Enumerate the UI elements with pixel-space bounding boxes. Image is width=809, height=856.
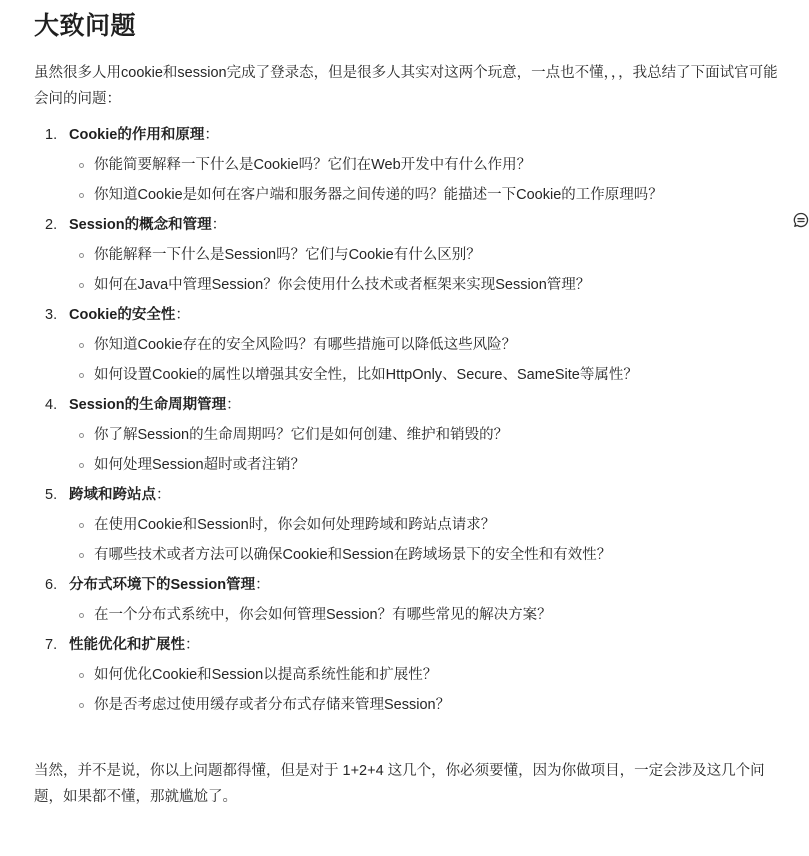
section-title: 分布式环境下的Session管理	[69, 570, 255, 600]
sub-question-list: 你了解Session的生命周期吗？它们是如何创建、维护和销毁的？ 如何处理Ses…	[34, 420, 784, 480]
sub-question-list: 你能解释一下什么是Session吗？它们与Cookie有什么区别？ 如何在Jav…	[34, 240, 784, 300]
question-list: 1. Cookie的作用和原理 ： 你能简要解释一下什么是Cookie吗？它们在…	[34, 120, 784, 720]
section-number: 7.	[34, 630, 69, 660]
section-number: 2.	[34, 210, 69, 240]
list-item: 你知道Cookie是如何在客户端和服务器之间传递的吗？能描述一下Cookie的工…	[34, 180, 784, 210]
section-title: 性能优化和扩展性	[69, 630, 185, 660]
circle-bullet-icon	[79, 463, 84, 468]
list-item-text: 你是否考虑过使用缓存或者分布式存储来管理Session？	[94, 690, 450, 720]
list-item-text: 你知道Cookie存在的安全风险吗？有哪些措施可以降低这些风险？	[94, 330, 516, 360]
list-item-text: 你知道Cookie是如何在客户端和服务器之间传递的吗？能描述一下Cookie的工…	[94, 180, 663, 210]
circle-bullet-icon	[79, 373, 84, 378]
comment-icon[interactable]	[793, 212, 809, 228]
section-number: 1.	[34, 120, 69, 150]
sub-question-list: 在使用Cookie和Session时，你会如何处理跨域和跨站点请求？ 有哪些技术…	[34, 510, 784, 570]
list-item: 在使用Cookie和Session时，你会如何处理跨域和跨站点请求？	[34, 510, 784, 540]
section-heading: 6. 分布式环境下的Session管理 ：	[34, 570, 784, 600]
circle-bullet-icon	[79, 523, 84, 528]
list-item: 有哪些技术或者方法可以确保Cookie和Session在跨域场景下的安全性和有效…	[34, 540, 784, 570]
closing-paragraph: 当然，并不是说，你以上问题都得懂，但是对于 1+2+4 这几个，你必须要懂，因为…	[34, 758, 784, 810]
list-item-text: 有哪些技术或者方法可以确保Cookie和Session在跨域场景下的安全性和有效…	[94, 540, 611, 570]
section-title: Session的生命周期管理	[69, 390, 226, 420]
circle-bullet-icon	[79, 433, 84, 438]
intro-paragraph: 虽然很多人用cookie和session完成了登录态，但是很多人其实对这两个玩意…	[34, 60, 782, 112]
section-heading: 4. Session的生命周期管理 ：	[34, 390, 784, 420]
section-number: 3.	[34, 300, 69, 330]
section-colon: ：	[175, 300, 190, 330]
list-item: 如何优化Cookie和Session以提高系统性能和扩展性？	[34, 660, 784, 690]
list-item: 你能简要解释一下什么是Cookie吗？它们在Web开发中有什么作用？	[34, 150, 784, 180]
list-item-text: 如何处理Session超时或者注销？	[94, 450, 305, 480]
section-title: Cookie的安全性	[69, 300, 175, 330]
circle-bullet-icon	[79, 673, 84, 678]
comment-icon-glyph	[793, 212, 809, 228]
section-heading: 2. Session的概念和管理 ：	[34, 210, 784, 240]
list-item: 如何在Java中管理Session？你会使用什么技术或者框架来实现Session…	[34, 270, 784, 300]
section-heading: 7. 性能优化和扩展性 ：	[34, 630, 784, 660]
list-item: 如何处理Session超时或者注销？	[34, 450, 784, 480]
section-3: 3. Cookie的安全性 ： 你知道Cookie存在的安全风险吗？有哪些措施可…	[34, 300, 784, 390]
section-title: 跨域和跨站点	[69, 480, 156, 510]
section-heading: 1. Cookie的作用和原理 ：	[34, 120, 784, 150]
section-2: 2. Session的概念和管理 ： 你能解释一下什么是Session吗？它们与…	[34, 210, 784, 300]
section-number: 4.	[34, 390, 69, 420]
section-colon: ：	[226, 390, 241, 420]
section-colon: ：	[204, 120, 219, 150]
section-colon: ：	[212, 210, 227, 240]
section-7: 7. 性能优化和扩展性 ： 如何优化Cookie和Session以提高系统性能和…	[34, 630, 784, 720]
sub-question-list: 你能简要解释一下什么是Cookie吗？它们在Web开发中有什么作用？ 你知道Co…	[34, 150, 784, 210]
list-item-text: 如何在Java中管理Session？你会使用什么技术或者框架来实现Session…	[94, 270, 590, 300]
section-1: 1. Cookie的作用和原理 ： 你能简要解释一下什么是Cookie吗？它们在…	[34, 120, 784, 210]
list-item: 你了解Session的生命周期吗？它们是如何创建、维护和销毁的？	[34, 420, 784, 450]
list-item-text: 如何优化Cookie和Session以提高系统性能和扩展性？	[94, 660, 437, 690]
circle-bullet-icon	[79, 193, 84, 198]
section-4: 4. Session的生命周期管理 ： 你了解Session的生命周期吗？它们是…	[34, 390, 784, 480]
list-item-text: 你能简要解释一下什么是Cookie吗？它们在Web开发中有什么作用？	[94, 150, 531, 180]
section-title: Session的概念和管理	[69, 210, 212, 240]
list-item-text: 在一个分布式系统中，你会如何管理Session？有哪些常见的解决方案？	[94, 600, 552, 630]
section-colon: ：	[156, 480, 171, 510]
list-item-text: 如何设置Cookie的属性以增强其安全性，比如HttpOnly、Secure、S…	[94, 360, 638, 390]
circle-bullet-icon	[79, 703, 84, 708]
section-colon: ：	[255, 570, 270, 600]
section-number: 6.	[34, 570, 69, 600]
list-item: 在一个分布式系统中，你会如何管理Session？有哪些常见的解决方案？	[34, 600, 784, 630]
page-title: 大致问题	[34, 8, 136, 44]
section-heading: 3. Cookie的安全性 ：	[34, 300, 784, 330]
circle-bullet-icon	[79, 253, 84, 258]
list-item: 你是否考虑过使用缓存或者分布式存储来管理Session？	[34, 690, 784, 720]
list-item: 如何设置Cookie的属性以增强其安全性，比如HttpOnly、Secure、S…	[34, 360, 784, 390]
list-item-text: 你能解释一下什么是Session吗？它们与Cookie有什么区别？	[94, 240, 481, 270]
circle-bullet-icon	[79, 343, 84, 348]
list-item: 你知道Cookie存在的安全风险吗？有哪些措施可以降低这些风险？	[34, 330, 784, 360]
circle-bullet-icon	[79, 613, 84, 618]
sub-question-list: 在一个分布式系统中，你会如何管理Session？有哪些常见的解决方案？	[34, 600, 784, 630]
section-heading: 5. 跨域和跨站点 ：	[34, 480, 784, 510]
section-number: 5.	[34, 480, 69, 510]
section-colon: ：	[185, 630, 200, 660]
list-item-text: 在使用Cookie和Session时，你会如何处理跨域和跨站点请求？	[94, 510, 495, 540]
list-item: 你能解释一下什么是Session吗？它们与Cookie有什么区别？	[34, 240, 784, 270]
section-5: 5. 跨域和跨站点 ： 在使用Cookie和Session时，你会如何处理跨域和…	[34, 480, 784, 570]
list-item-text: 你了解Session的生命周期吗？它们是如何创建、维护和销毁的？	[94, 420, 508, 450]
section-title: Cookie的作用和原理	[69, 120, 204, 150]
circle-bullet-icon	[79, 553, 84, 558]
circle-bullet-icon	[79, 283, 84, 288]
section-6: 6. 分布式环境下的Session管理 ： 在一个分布式系统中，你会如何管理Se…	[34, 570, 784, 630]
circle-bullet-icon	[79, 163, 84, 168]
sub-question-list: 如何优化Cookie和Session以提高系统性能和扩展性？ 你是否考虑过使用缓…	[34, 660, 784, 720]
sub-question-list: 你知道Cookie存在的安全风险吗？有哪些措施可以降低这些风险？ 如何设置Coo…	[34, 330, 784, 390]
